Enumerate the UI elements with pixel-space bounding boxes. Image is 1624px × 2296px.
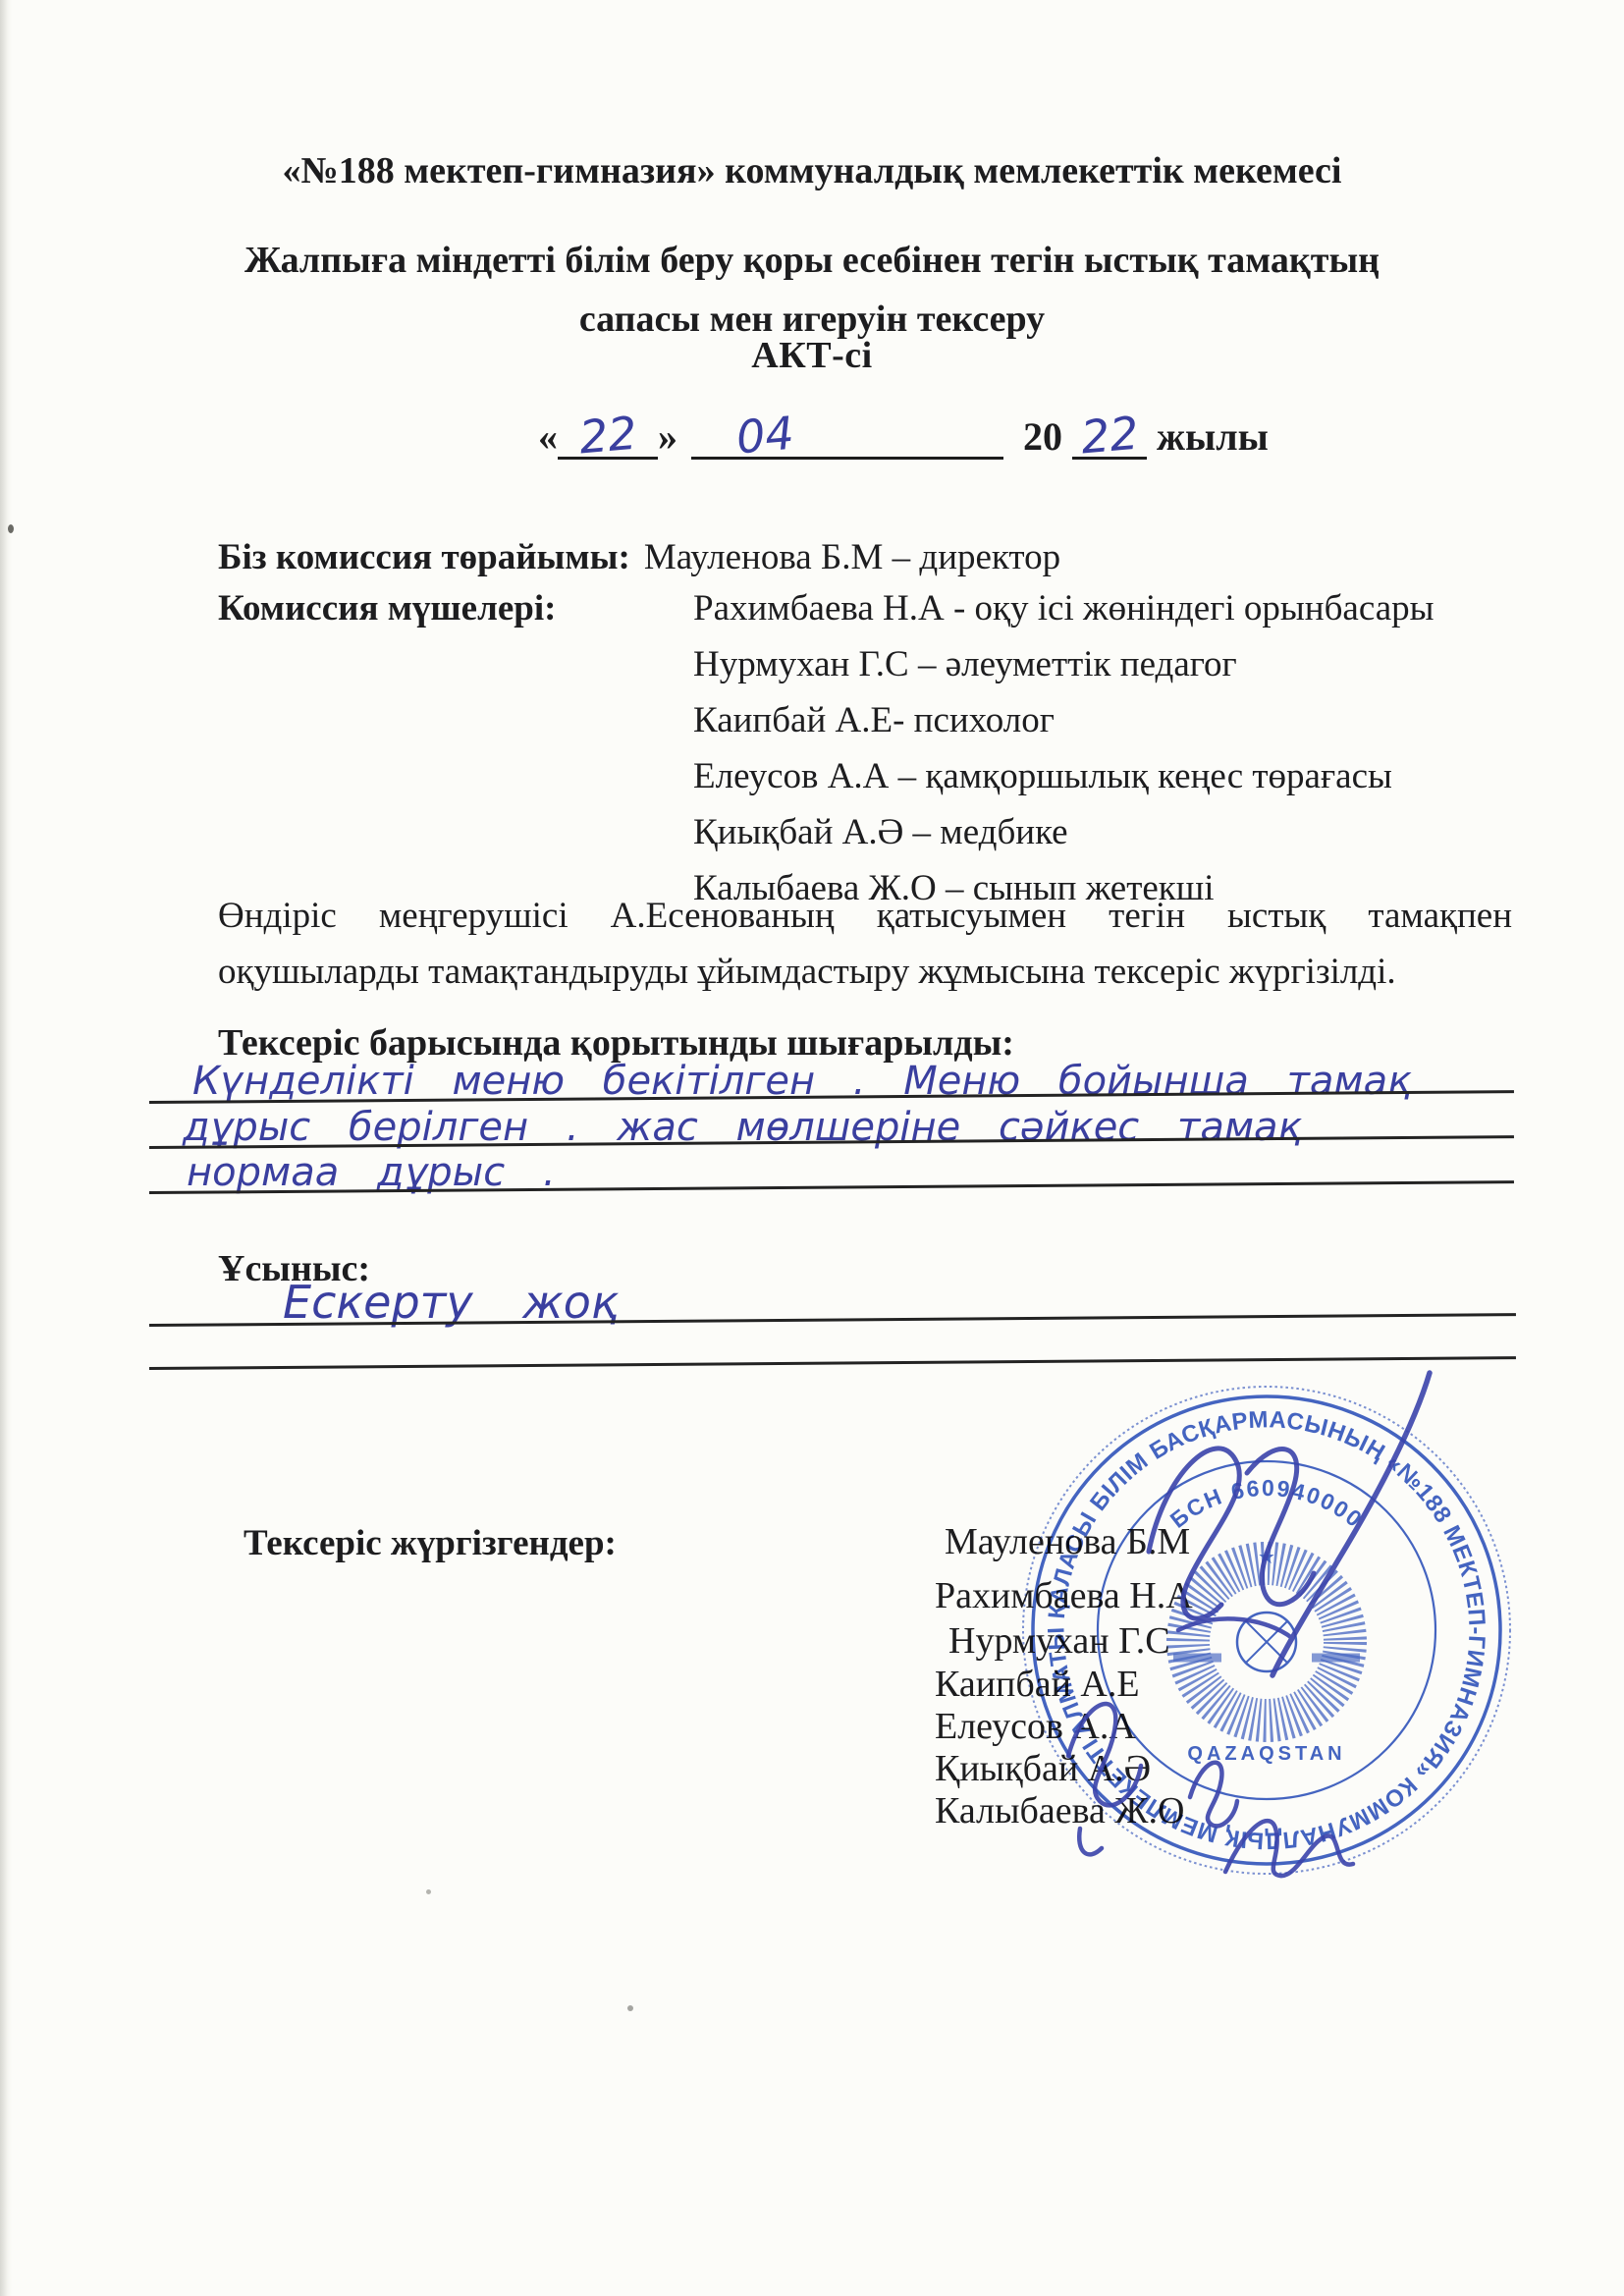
chair-label: Біз комиссия төрайымы:: [218, 537, 630, 577]
scan-speck: [627, 2005, 633, 2011]
year-century: 20: [1023, 413, 1062, 460]
scan-speck: [8, 524, 14, 533]
commission-member: Рахимбаева Н.А - оқу ісі жөніндегі орынб…: [693, 587, 1434, 629]
chair-value: Мауленова Б.М – директор: [644, 537, 1060, 577]
signers-label: Тексеріс жүргізгендер:: [244, 1522, 617, 1564]
day-blank: 22: [558, 398, 658, 460]
stamp-ring-text: АЛМАТЫ ҚАЛАСЫ БІЛІМ БАСҚАРМАСЫНЫҢ «№188 …: [1011, 1375, 1489, 1854]
month-blank: 04: [691, 398, 1003, 460]
close-quote: »: [658, 413, 677, 460]
members-label: Комиссия мүшелері:: [218, 587, 556, 629]
year-blank: 22: [1072, 398, 1147, 460]
document-title-line1: Жалпыға міндетті білім беру қоры есебіне…: [0, 239, 1624, 282]
stamp-outer-ring: [1033, 1396, 1500, 1864]
date-line: « 22 » 04 20 22 жылы: [538, 395, 1269, 460]
commission-chair-row: Біз комиссия төрайымы:Мауленова Б.М – ди…: [218, 536, 1060, 578]
official-round-stamp: АЛМАТЫ ҚАЛАСЫ БІЛІМ БАСҚАРМАСЫНЫҢ «№188 …: [1011, 1375, 1522, 1886]
stamp-star-icon: ★: [1258, 1547, 1275, 1568]
commission-member: Нурмухан Г.С – әлеуметтік педагог: [693, 643, 1237, 685]
year-word: жылы: [1157, 413, 1269, 460]
form-rule-line: [149, 1356, 1516, 1370]
body-paragraph: Өндіріс меңгерушісі А.Есенованың қатысуы…: [218, 888, 1512, 1000]
stamp-country-label: QAZAQSTAN: [1187, 1743, 1345, 1765]
scanned-document-page: «№188 мектеп-гимназия» коммуналдық мемле…: [0, 0, 1624, 2296]
commission-member: Қиықбай А.Ә – медбике: [693, 811, 1068, 853]
organization-title: «№188 мектеп-гимназия» коммуналдық мемле…: [0, 149, 1624, 192]
open-quote: «: [538, 413, 558, 460]
handwritten-month: 04: [734, 411, 795, 460]
commission-member: Елеусов А.А – қамқоршылық кеңес төрағасы: [693, 755, 1392, 797]
act-label: АКТ-сі: [0, 334, 1624, 377]
handwritten-day: 22: [577, 411, 638, 460]
handwritten-year: 22: [1079, 411, 1140, 460]
stamp-microtext-ring: [1023, 1387, 1510, 1874]
stamp-bin-text: БСН 660940000: [1165, 1475, 1369, 1533]
scan-speck: [426, 1889, 431, 1894]
commission-member: Каипбай А.Е- психолог: [693, 699, 1055, 741]
